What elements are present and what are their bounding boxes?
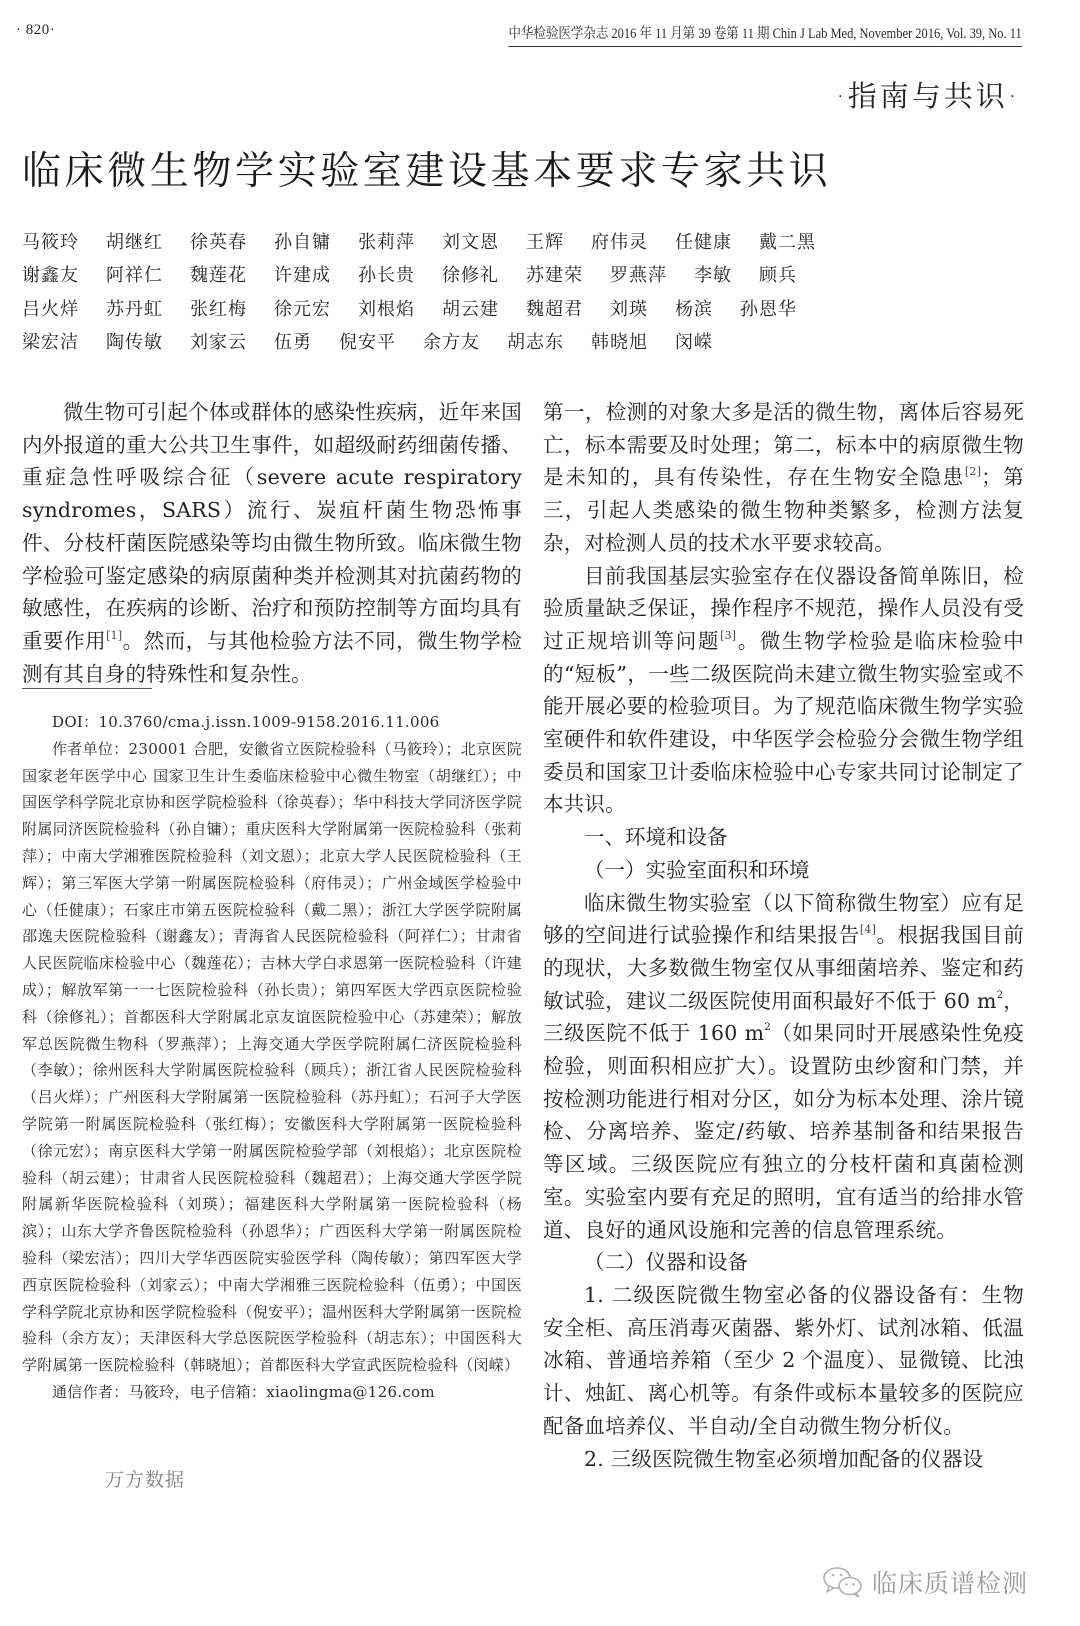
author: 徐英春 [190,228,247,254]
author: 刘文恩 [442,228,499,254]
author: 任健康 [675,228,732,254]
author: 李敏 [694,261,732,287]
author: 罗燕萍 [610,261,667,287]
subsection-heading-2: （二）仪器和设备 [543,1246,1024,1279]
author: 吕火烊 [22,295,79,321]
author: 张红梅 [190,295,247,321]
author-list: 马筱玲胡继红徐英春孙自镛张莉萍刘文恩王辉府伟灵任健康戴二黑 谢鑫友阿祥仁魏莲花许… [22,228,882,361]
section-heading-1: 一、环境和设备 [543,821,1024,854]
author: 府伟灵 [591,228,648,254]
author-row: 吕火烊苏丹虹张红梅徐元宏刘根焰胡云建魏超君刘瑛杨滨孙恩华 [22,295,882,328]
intro-text: 微生物可引起个体或群体的感染性疾病，近年来国内外报道的重大公共卫生事件，如超级耐… [22,400,522,653]
doi-line: DOI：10.3760/cma.j.issn.1009-9158.2016.11… [22,709,522,736]
footnote-divider [22,688,152,689]
author: 徐修礼 [442,261,499,287]
author: 刘家云 [190,328,247,354]
author: 苏建荣 [526,261,583,287]
journal-citation: 中华检验医学杂志 2016 年 11 月第 39 卷第 11 期 Chin J … [509,22,1022,47]
paragraph-text: （如果同时开展感染性免疫检验，则面积相应扩大）。设置防虫纱窗和门禁，并按检测功能… [543,1021,1024,1241]
author: 孙恩华 [740,295,797,321]
author: 杨滨 [675,295,713,321]
author: 马筱玲 [22,228,79,254]
author: 顾兵 [759,261,797,287]
paragraph-1: 第一，检测的对象大多是活的微生物，离体后容易死亡，标本需要及时处理；第二，标本中… [543,396,1024,560]
right-column: 第一，检测的对象大多是活的微生物，离体后容易死亡，标本需要及时处理；第二，标本中… [543,396,1024,1475]
wechat-account-name: 临床质谱检测 [872,1564,1028,1600]
list-item-1: 1. 二级医院微生物室必备的仪器设备有：生物安全柜、高压消毒灭菌器、紫外灯、试剂… [543,1279,1024,1443]
author-row: 谢鑫友阿祥仁魏莲花许建成孙长贵徐修礼苏建荣罗燕萍李敏顾兵 [22,261,882,294]
author: 胡云建 [442,295,499,321]
author: 阿祥仁 [106,261,163,287]
author: 魏超君 [526,295,583,321]
column-label: ·指南与共识· [836,74,1020,115]
author: 梁宏洁 [22,328,79,354]
author: 魏莲花 [190,261,247,287]
author: 许建成 [274,261,331,287]
author: 孙自镛 [274,228,331,254]
citation-ref[interactable]: [4] [860,923,876,936]
author-row: 梁宏洁陶传敏刘家云伍勇倪安平余方友胡志东韩晓旭闵嵘 [22,328,882,361]
author: 谢鑫友 [22,261,79,287]
author: 闵嵘 [675,328,713,354]
author: 孙长贵 [358,261,415,287]
running-head: · 820· 中华检验医学杂志 2016 年 11 月第 39 卷第 11 期 … [0,18,1080,46]
author-row: 马筱玲胡继红徐英春孙自镛张莉萍刘文恩王辉府伟灵任健康戴二黑 [22,228,882,261]
author: 陶传敏 [106,328,163,354]
paragraph-3: 临床微生物实验室（以下简称微生物室）应有足够的空间进行试验操作和结果报告[4]。… [543,887,1024,1247]
subsection-heading-1: （一）实验室面积和环境 [543,854,1024,887]
author: 胡志东 [507,328,564,354]
author: 余方友 [423,328,480,354]
footnotes: DOI：10.3760/cma.j.issn.1009-9158.2016.11… [22,709,522,1406]
wechat-icon [822,1565,864,1599]
wanfang-watermark: 万方数据 [105,1465,185,1492]
paragraph-text: 。微生物学检验是临床检验中的“短板”，一些二级医院尚未建立微生物实验室或不能开展… [543,629,1024,817]
citation-ref[interactable]: [3] [720,629,736,642]
article-title: 临床微生物学实验室建设基本要求专家共识 [22,140,831,196]
citation-ref[interactable]: [1] [106,629,122,642]
author: 王辉 [526,228,564,254]
author: 刘瑛 [610,295,648,321]
correspondence: 通信作者：马筱玲，电子信箱：xiaolingma@126.com [22,1379,522,1406]
author: 韩晓旭 [591,328,648,354]
list-item-2: 2. 三级医院微生物室必须增加配备的仪器设 [543,1443,1024,1476]
citation-ref[interactable]: [2] [965,465,981,478]
author: 胡继红 [106,228,163,254]
author: 倪安平 [339,328,396,354]
author: 苏丹虹 [106,295,163,321]
author: 伍勇 [274,328,312,354]
intro-paragraph: 微生物可引起个体或群体的感染性疾病，近年来国内外报道的重大公共卫生事件，如超级耐… [22,396,522,690]
paragraph-2: 目前我国基层实验室存在仪器设备简单陈旧，检验质量缺乏保证，操作程序不规范，操作人… [543,560,1024,822]
paragraph-text: 第一，检测的对象大多是活的微生物，离体后容易死亡，标本需要及时处理；第二，标本中… [543,400,1024,489]
author: 张莉萍 [358,228,415,254]
affiliations: 作者单位：230001 合肥，安徽省立医院检验科（马筱玲）；北京医院国家老年医学… [22,736,522,1379]
author: 戴二黑 [759,228,816,254]
author: 刘根焰 [358,295,415,321]
author: 徐元宏 [274,295,331,321]
wechat-watermark: 临床质谱检测 [822,1562,1028,1602]
page-number: · 820· [16,22,55,39]
left-column: 微生物可引起个体或群体的感染性疾病，近年来国内外报道的重大公共卫生事件，如超级耐… [22,396,522,690]
